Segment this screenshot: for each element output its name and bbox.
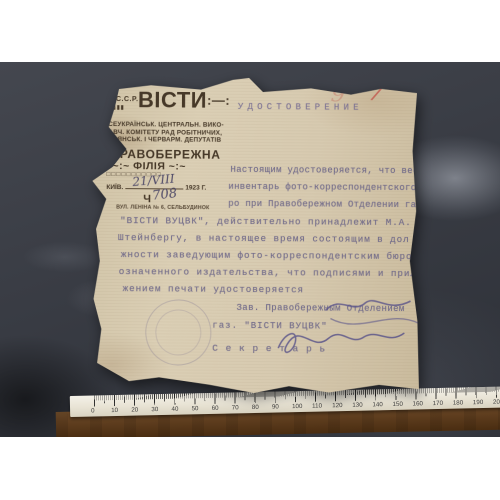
- letterhead-deco-squares-filled: ▮▮▮▮▮: [105, 104, 125, 111]
- masthead-text: ВІСТИ: [138, 87, 207, 112]
- body-line: означенного издательства, что подписями …: [119, 266, 424, 279]
- ruler-label: 100: [292, 403, 302, 410]
- ruler-label: 20: [131, 407, 138, 414]
- body-line: Настоящим удостоверяется, что весь: [230, 165, 424, 176]
- ruler-label: 30: [151, 406, 158, 413]
- paper-document-wrapper: С.С.С.Р. ▮▮▮▮▮ ВІСТИ:—: ВСЕУКРАЇНСЬК. ЦЕ…: [85, 73, 425, 399]
- ruler-label: 60: [212, 405, 219, 412]
- certificate-title: УДОСТОВЕРЕНИЕ: [238, 102, 363, 113]
- masthead-deco: :—:: [207, 93, 230, 108]
- letterhead-masthead: ВІСТИ:—:: [138, 87, 230, 114]
- ruler-label: 180: [453, 399, 463, 406]
- ruler-label: 130: [352, 402, 362, 409]
- signature-ink: [270, 292, 421, 373]
- ruler-label: 50: [192, 405, 199, 412]
- ruler-label: 120: [332, 402, 342, 409]
- body-line: ро при Правобережном Отделении газ.: [228, 199, 428, 210]
- ruler-label: 170: [433, 400, 443, 407]
- ruler-label: 40: [171, 406, 178, 413]
- letterhead-country: С.С.С.Р.: [108, 96, 139, 103]
- photo-margin-top: [0, 0, 500, 62]
- ruler-label: 200: [493, 399, 500, 406]
- ruler-label: 140: [372, 401, 382, 408]
- year-label: 1923 Г.: [185, 185, 206, 192]
- org-line-3: СЕЛЯНСЬК. І ЧЕРВАРМ. ДЕПУТАТІВ: [104, 136, 224, 144]
- ruler-label: 150: [392, 401, 402, 408]
- ruler-label: 90: [272, 403, 279, 410]
- photograph-of-document: 0102030405060708090100110120130140150160…: [0, 0, 500, 500]
- body-line: инвентарь фото-корреспондентского бю: [228, 182, 433, 193]
- ruler-label: 70: [232, 404, 239, 411]
- letterhead-organization: ВСЕУКРАЇНСЬК. ЦЕНТРАЛЬН. ВИКО- НАВЧ. КОМ…: [104, 121, 224, 145]
- body-line: жности заведующим фото-корреспондентским…: [121, 249, 413, 262]
- photo-margin-bottom: [0, 437, 500, 500]
- body-line: Штейнбергу, в настоящее время состоящим …: [118, 232, 410, 245]
- red-pencil-mark-right: 7: [366, 76, 388, 109]
- ruler-label: 80: [252, 404, 259, 411]
- ruler-label: 10: [111, 407, 118, 414]
- photo-background-surface: 0102030405060708090100110120130140150160…: [0, 62, 500, 437]
- ruler-label: 160: [413, 400, 423, 407]
- ruler-label: 110: [312, 403, 322, 410]
- letterhead-number-label: Ч: [143, 193, 151, 205]
- ruler-label: 0: [91, 407, 95, 414]
- letterhead-address: ВУЛ. ЛЕНІНА № 6, СЕЛЬБУДИНОК: [116, 205, 209, 211]
- ruler-label: 190: [473, 399, 483, 406]
- city-label: КИЇВ.: [106, 184, 123, 191]
- round-ink-stamp: [139, 294, 217, 372]
- handwritten-number: 708: [152, 186, 178, 204]
- body-line: "ВІСТИ ВУЦВК", действительно принадлежит…: [120, 215, 412, 228]
- paper-document: С.С.С.Р. ▮▮▮▮▮ ВІСТИ:—: ВСЕУКРАЇНСЬК. ЦЕ…: [85, 73, 425, 399]
